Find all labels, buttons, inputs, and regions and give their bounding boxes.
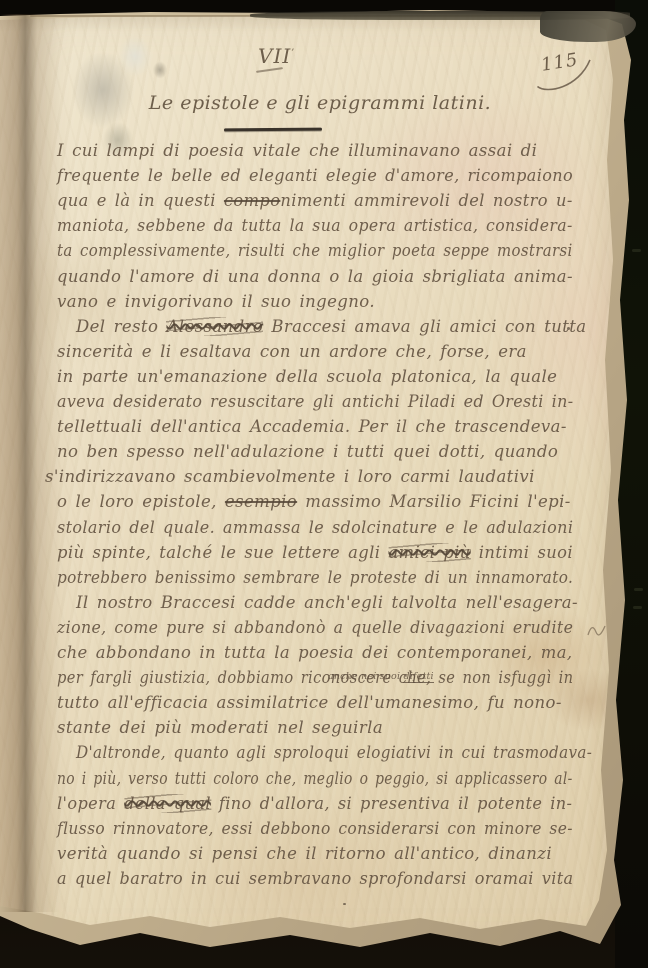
handwritten-text: o le loro epistole, (57, 492, 225, 511)
manuscript-line: maniota, sebbene da tutta la sua opera a… (57, 216, 573, 241)
manuscript-line: per fargli giustizia, dobbiamo riconosce… (57, 668, 573, 693)
manuscript-line: sincerità e li esaltava con un ardore ch… (57, 342, 527, 367)
margin-pen-mark (584, 615, 608, 643)
manuscript-line: zione, come pure si abbandonò a quelle d… (57, 618, 573, 643)
manuscript-line: vano e invigorivano il suo ingegno. (57, 292, 375, 317)
handwritten-text: vano e invigorivano il suo ingegno. (57, 292, 375, 311)
manuscript-line: o le loro epistole, esempio massimo Mars… (57, 492, 571, 517)
handwritten-text: in parte un'emanazione della scuola plat… (57, 367, 557, 386)
handwritten-text: massimo Marsilio Ficini l'epi- (297, 492, 571, 511)
handwritten-text: Braccesi amava gli amici con tutta (263, 317, 586, 336)
handwritten-text: umanesimo (374, 693, 473, 712)
handwritten-text: qua e là in questi (57, 191, 224, 210)
manuscript-line: tutto all'efficacia assimilatrice dell'u… (57, 693, 562, 718)
handwritten-text: zione, come pure si abbandonò a quelle d… (57, 618, 573, 637)
manuscript-line: che abbondano in tutta la poesia dei con… (57, 643, 572, 668)
handwritten-text: a quel baratro in cui sembravano sprofon… (57, 869, 573, 888)
manuscript-line: Il nostro Braccesi cadde anch'egli talvo… (76, 593, 578, 618)
chapter-number: VII’ (258, 44, 295, 68)
manuscript-line: tellettuali dell'antica Accademia. Per i… (57, 417, 567, 442)
manuscript-line: ta complessivamente, risulti che miglior… (57, 241, 573, 266)
manuscript-line: aveva desiderato resuscitare gli antichi… (57, 392, 573, 417)
manuscript-line: I cui lampi di poesia vitale che illumin… (57, 141, 537, 166)
handwritten-text: no i più, verso tutti coloro che, meglio… (57, 769, 573, 788)
struck-text: compo (224, 191, 280, 210)
chapter-mark: ’ (291, 48, 295, 58)
manuscript-line: potrebbero benissimo sembrare le protest… (57, 568, 573, 593)
manuscript-line: no ben spesso nell'adulazione i tutti qu… (57, 442, 558, 467)
page-title: Le epistole e gli epigrammi latini. (120, 92, 520, 114)
chapter-number-text: VII (258, 44, 291, 68)
handwritten-text: fino d'allora, si presentiva il potente … (211, 794, 572, 813)
handwritten-text: l'opera (57, 794, 124, 813)
interlinear-note-text: anche nei suoi (328, 671, 403, 682)
handwritten-text: intimi suoi (471, 543, 573, 562)
handwritten-text: no ben spesso nell'adulazione i tutti qu… (57, 442, 558, 461)
handwritten-text: s'indirizzavano scambievolmente i loro c… (45, 467, 535, 486)
stitch-mark (634, 588, 643, 591)
struck-text: Alessandro (166, 317, 263, 336)
page-stack-corner (540, 11, 636, 42)
handwritten-text: potrebbero benissimo sembrare le protest… (57, 568, 573, 587)
manuscript-line: in parte un'emanazione della scuola plat… (57, 367, 557, 392)
manuscript-line: verità quando si pensi che il ritorno al… (57, 844, 552, 869)
interlinear-note: anche nei suoi difetti (328, 671, 434, 682)
handwritten-text: stante dei più moderati nel seguirla (57, 718, 383, 737)
struck-text: amici più (388, 543, 470, 562)
handwritten-text: ta complessivamente, risulti che miglior… (57, 241, 573, 260)
handwritten-text: tutto all'efficacia assimilatrice dell' (57, 693, 374, 712)
gutter-fold-shadow (0, 14, 60, 912)
handwritten-text: flusso rinnovatore, essi debbono conside… (57, 819, 573, 838)
manuscript-line: Del resto Alessandro Braccesi amava gli … (76, 317, 587, 342)
manuscript-line: frequente le belle ed eleganti elegie d'… (57, 166, 573, 191)
struck-text: della qual (124, 794, 211, 813)
handwritten-text: Del resto (76, 317, 166, 336)
handwritten-text: , fu nono- (474, 693, 562, 712)
manuscript-line: l'opera della qual fino d'allora, si pre… (57, 794, 572, 819)
ink-speck (343, 903, 346, 905)
manuscript-line: D'altronde, quanto agli sproloqui elogia… (76, 743, 592, 768)
struck-text: esempio (225, 492, 297, 511)
ink-speck (567, 327, 570, 330)
manuscript-line: qua e là in questi componimenti ammirevo… (57, 191, 573, 216)
handwritten-text: per fargli giustizia, dobbiamo riconosce… (57, 668, 573, 687)
manuscript-line: stante dei più moderati nel seguirla (57, 718, 383, 743)
handwritten-text: nimenti ammirevoli del nostro u- (280, 191, 572, 210)
manuscript-line: a quel baratro in cui sembravano sprofon… (57, 869, 573, 894)
handwritten-text: maniota, sebbene da tutta la sua opera a… (57, 216, 573, 235)
handwritten-text: Il nostro Braccesi cadde anch'egli talvo… (76, 593, 578, 612)
handwritten-text: che abbondano in tutta la poesia dei con… (57, 643, 572, 662)
manuscript-line: flusso rinnovatore, essi debbono conside… (57, 819, 573, 844)
manuscript-line: s'indirizzavano scambievolmente i loro c… (45, 467, 535, 492)
handwritten-text: I cui lampi di poesia vitale che illumin… (57, 141, 537, 160)
manuscript-photo: VII’ 115 Le epistole e gli epigrammi lat… (0, 0, 648, 968)
handwritten-text: stolario del quale. ammassa le sdolcinat… (57, 518, 573, 537)
stitch-mark (633, 606, 642, 609)
handwritten-text: tellettuali dell'antica Accademia. Per i… (57, 417, 567, 436)
manuscript-line: più spinte, talché le sue lettere agli a… (57, 543, 573, 568)
handwritten-text: D'altronde, quanto agli sproloqui elogia… (76, 743, 592, 762)
handwritten-text: più spinte, talché le sue lettere agli (57, 543, 388, 562)
stitch-mark (632, 249, 641, 252)
manuscript-line: stolario del quale. ammassa le sdolcinat… (57, 518, 573, 543)
handwritten-text: quando l'amore di una donna o la gioia s… (57, 267, 573, 286)
handwritten-text: frequente le belle ed eleganti elegie d'… (57, 166, 573, 185)
manuscript-line: no i più, verso tutti coloro che, meglio… (57, 769, 573, 794)
handwritten-text: sincerità e li esaltava con un ardore ch… (57, 342, 527, 361)
handwritten-text: aveva desiderato resuscitare gli antichi… (57, 392, 573, 411)
handwritten-text: verità quando si pensi che il ritorno al… (57, 844, 552, 863)
interlinear-note-underlined: difetti (403, 671, 433, 683)
manuscript-line: quando l'amore di una donna o la gioia s… (57, 267, 573, 292)
